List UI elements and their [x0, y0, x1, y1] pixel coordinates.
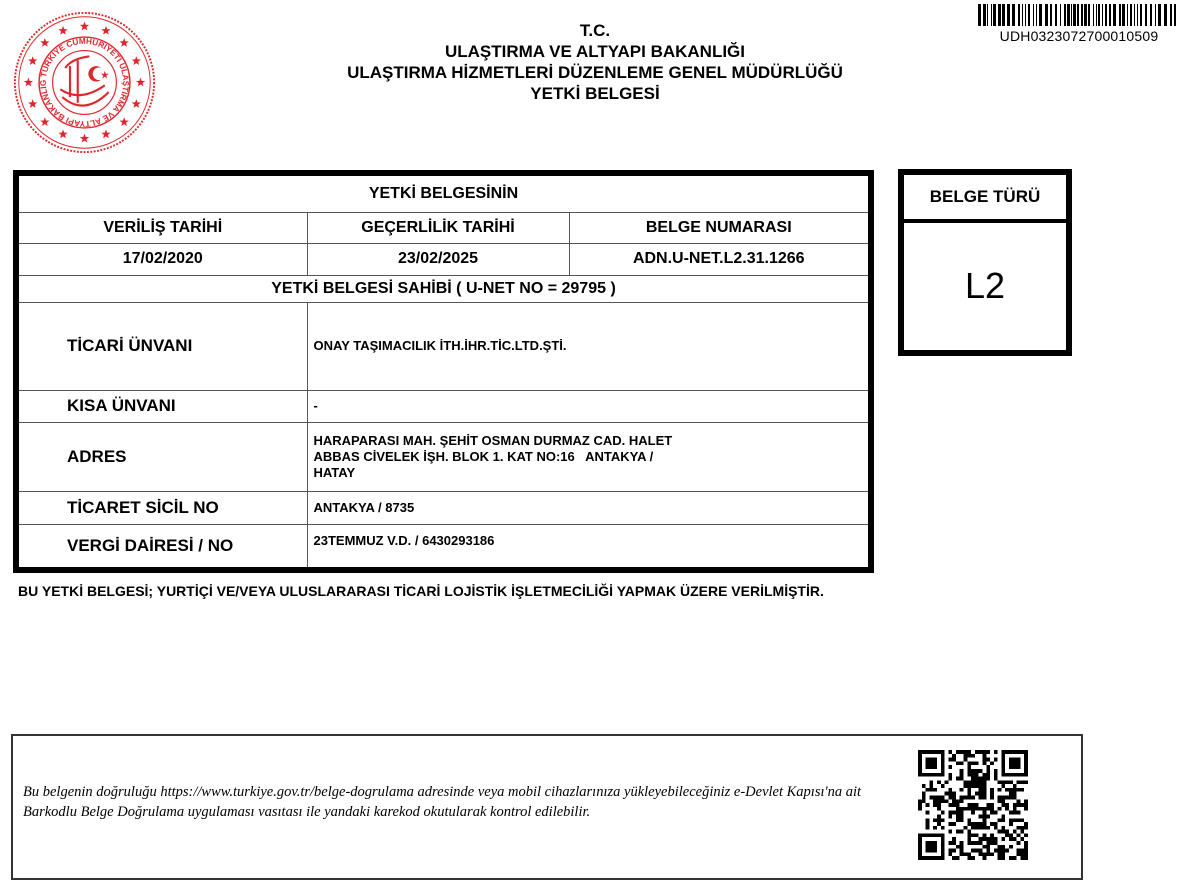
document-number-value: ADN.U-NET.L2.31.1266: [569, 243, 868, 275]
short-name-value: -: [307, 390, 868, 422]
verification-text: Bu belgenin doğruluğu https://www.turkiy…: [23, 782, 903, 822]
tax-office-value: 23TEMMUZ V.D. / 6430293186: [307, 524, 868, 567]
authorization-note: BU YETKİ BELGESİ; YURTİÇİ VE/VEYA ULUSLA…: [18, 582, 858, 600]
document-type-label: BELGE TÜRÜ: [904, 175, 1066, 223]
short-name-label: KISA ÜNVANI: [19, 390, 307, 422]
header-directorate: ULAŞTIRMA HİZMETLERİ DÜZENLEME GENEL MÜD…: [300, 62, 890, 83]
header-ministry: ULAŞTIRMA VE ALTYAPI BAKANLIĞI: [300, 41, 890, 62]
trade-name-label: TİCARİ ÜNVANI: [19, 302, 307, 390]
section-title: YETKİ BELGESİNİN: [19, 176, 868, 212]
validity-date-value: 23/02/2025: [307, 243, 569, 275]
address-value: HARAPARASI MAH. ŞEHİT OSMAN DURMAZ CAD. …: [307, 422, 868, 491]
address-line-2: ABBAS CİVELEK İŞH. BLOK 1. KAT NO:16 ANT…: [314, 449, 869, 465]
header-document-title: YETKİ BELGESİ: [300, 83, 890, 104]
document-type-box: BELGE TÜRÜ L2: [898, 169, 1072, 356]
trade-registry-value: ANTAKYA / 8735: [307, 491, 868, 524]
verification-footer: Bu belgenin doğruluğu https://www.turkiy…: [11, 734, 1083, 880]
barcode-graphic: [978, 4, 1180, 26]
document-header: T.C. ULAŞTIRMA VE ALTYAPI BAKANLIĞI ULAŞ…: [300, 20, 890, 104]
ministry-seal-logo: TÜRKİYE CUMHURİYETİ ULAŞTIRMA VE ALTYAPI…: [12, 10, 157, 155]
issue-date-value: 17/02/2020: [19, 243, 307, 275]
document-number-header: BELGE NUMARASI: [569, 212, 868, 243]
svg-text:TÜRKİYE CUMHURİYETİ ULAŞTIRMA: TÜRKİYE CUMHURİYETİ ULAŞTIRMA VE ALTYAPI…: [12, 10, 130, 128]
trade-registry-label: TİCARET SİCİL NO: [19, 491, 307, 524]
trade-name-value: ONAY TAŞIMACILIK İTH.İHR.TİC.LTD.ŞTİ.: [307, 302, 868, 390]
header-tc: T.C.: [300, 20, 890, 41]
document-barcode: UDH0323072700010509: [978, 4, 1180, 44]
issue-date-header: VERİLİŞ TARİHİ: [19, 212, 307, 243]
holder-title: YETKİ BELGESİ SAHİBİ ( U-NET NO = 29795 …: [19, 275, 868, 302]
address-line-3: HATAY: [314, 465, 869, 481]
certificate-table: YETKİ BELGESİNİN VERİLİŞ TARİHİ GEÇERLİL…: [13, 170, 874, 573]
address-label: ADRES: [19, 422, 307, 491]
document-type-value: L2: [904, 223, 1066, 349]
address-line-1: HARAPARASI MAH. ŞEHİT OSMAN DURMAZ CAD. …: [314, 433, 869, 449]
barcode-number: UDH0323072700010509: [978, 28, 1180, 44]
qr-code[interactable]: [918, 750, 1028, 860]
tax-office-label: VERGİ DAİRESİ / NO: [19, 524, 307, 567]
validity-date-header: GEÇERLİLİK TARİHİ: [307, 212, 569, 243]
